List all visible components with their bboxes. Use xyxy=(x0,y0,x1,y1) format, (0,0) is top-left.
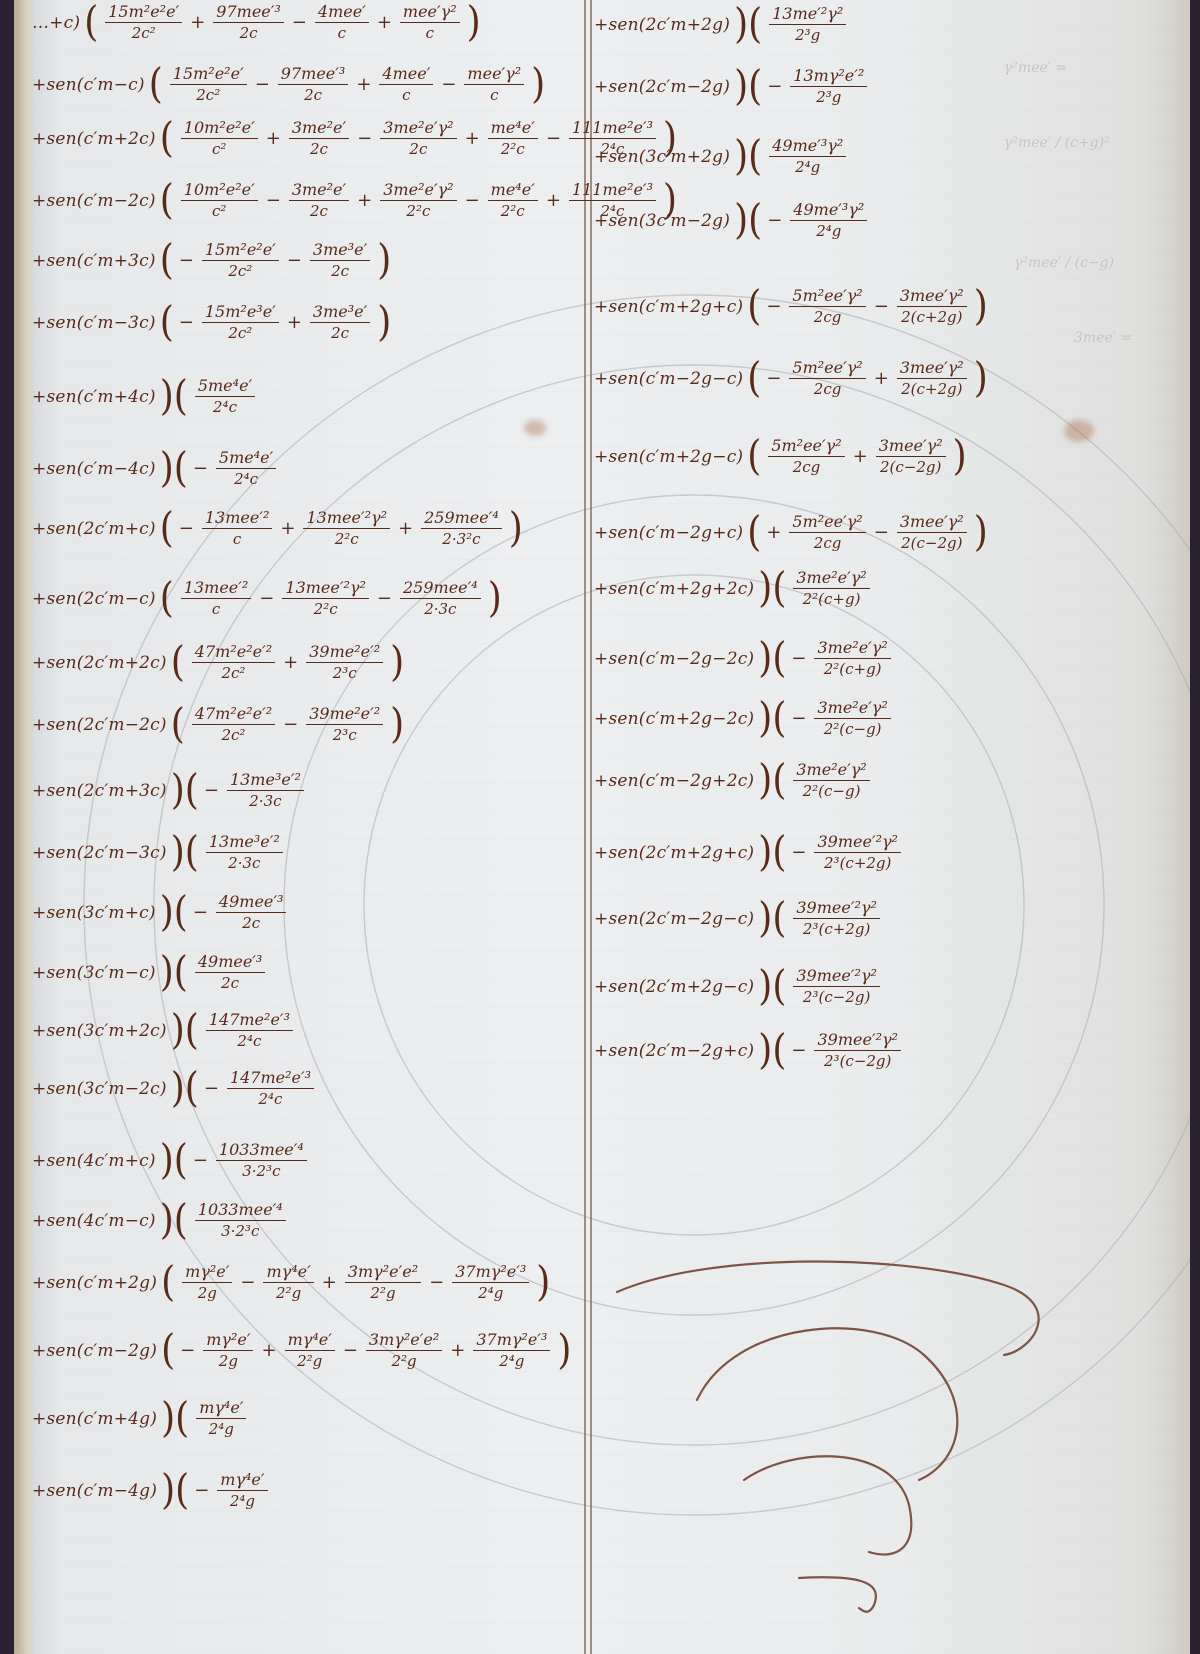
decorative-flourish xyxy=(14,0,1190,1654)
manuscript-page: …+c)(15m²e²e′2c²+97mee′³2c−4mee′c+mee′γ²… xyxy=(14,0,1190,1654)
